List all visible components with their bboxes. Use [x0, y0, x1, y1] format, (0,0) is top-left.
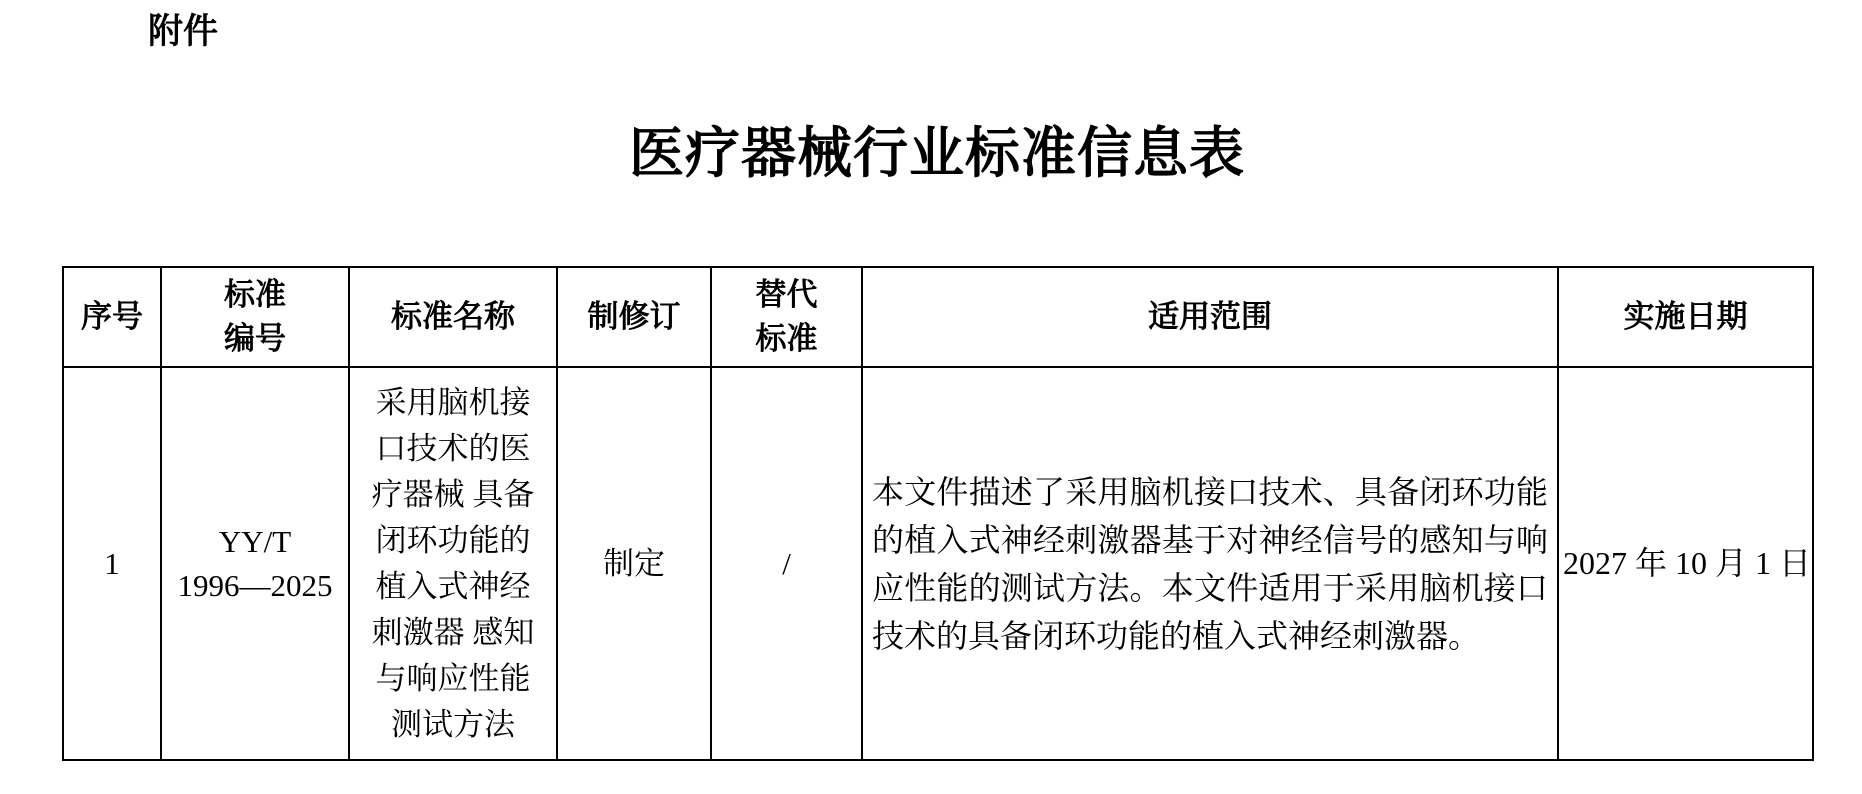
col-header-index: 序号	[63, 267, 161, 367]
cell-scope: 本文件描述了采用脑机接口技术、具备闭环功能的植入式神经刺激器基于对神经信号的感知…	[862, 367, 1558, 760]
cell-index: 1	[63, 367, 161, 760]
page-title: 医疗器械行业标准信息表	[62, 122, 1812, 186]
cell-implementation-date: 2027 年 10 月 1 日	[1558, 367, 1813, 760]
table-row: 1 YY/T 1996—2025 采用脑机接 口技术的医 疗器械 具备 闭环功能…	[63, 367, 1813, 760]
col-header-implementation-date: 实施日期	[1558, 267, 1813, 367]
col-header-revision-type: 制修订	[557, 267, 711, 367]
cell-standard-name: 采用脑机接 口技术的医 疗器械 具备 闭环功能的 植入式神经 刺激器 感知 与响…	[349, 367, 557, 760]
cell-revision-type: 制定	[557, 367, 711, 760]
cell-replaced-standard: /	[711, 367, 862, 760]
col-header-standard-number: 标准 编号	[161, 267, 349, 367]
col-header-replaced-standard: 替代 标准	[711, 267, 862, 367]
standards-table: 序号 标准 编号 标准名称 制修订 替代 标准 适用范围 实施日期 1 YY/T…	[62, 266, 1814, 761]
col-header-standard-name: 标准名称	[349, 267, 557, 367]
cell-standard-number: YY/T 1996—2025	[161, 367, 349, 760]
table-header-row: 序号 标准 编号 标准名称 制修订 替代 标准 适用范围 实施日期	[63, 267, 1813, 367]
attachment-label: 附件	[148, 12, 218, 52]
col-header-scope: 适用范围	[862, 267, 1558, 367]
